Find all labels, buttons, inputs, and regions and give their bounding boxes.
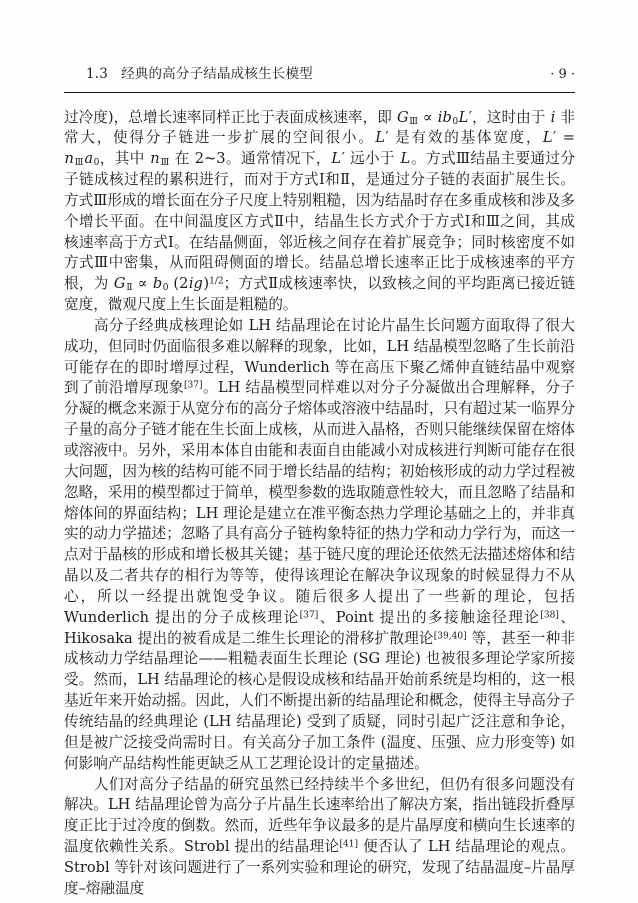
page-header: 1.3经典的高分子结晶成核生长模型 · 9 · <box>64 0 575 93</box>
section-title: 经典的高分子结晶成核生长模型 <box>121 66 313 82</box>
text-run: 在 2~3。通常情况下， <box>170 150 331 167</box>
math-variable: L <box>458 109 469 126</box>
text-run: ，这时由于 <box>472 109 550 126</box>
citation-ref: [37] <box>300 610 319 620</box>
citation-ref: [38] <box>540 610 559 620</box>
text-run: 。方式Ⅲ结晶主要通过分子链成核过程的累积进行，而对于方式Ⅰ和Ⅱ，是通过分子链的表… <box>64 150 575 292</box>
math-subscript: Ⅲ <box>409 116 418 126</box>
math-variable: L <box>375 129 386 146</box>
text-run: 是有效的基体宽度， <box>389 129 543 146</box>
text-run: = <box>556 129 575 146</box>
citation-ref: [39,40] <box>434 631 467 641</box>
text-run: ∝ <box>418 109 437 126</box>
math-variable: n <box>150 150 160 167</box>
math-variable: G <box>397 109 410 126</box>
paragraph: 高分子经典成核理论如 LH 结晶理论在讨论片晶生长问题方面取得了很大成功，但同时… <box>64 316 575 775</box>
text-run: 远小于 <box>345 150 400 167</box>
math-subscript: Ⅲ <box>160 158 170 168</box>
text-run: 等，甚至一种非成核动力学结晶理论——粗糙表面生长理论 (SG 理论) 也被很多理… <box>64 630 575 772</box>
text-run: 。LH 结晶模型同样难以对分子分凝做出合理解释，分子分凝的概念来源于从宽分布的高… <box>64 379 575 625</box>
math-variable: G <box>113 275 126 292</box>
text-run: 、Point 提出的多接触途径理论 <box>318 609 540 626</box>
math-variable: L <box>400 150 411 167</box>
math-subscript: Ⅱ <box>126 283 133 293</box>
book-page: 1.3经典的高分子结晶成核生长模型 · 9 · 过冷度)，总增长速率同样正比于表… <box>0 0 638 903</box>
running-head: 1.3经典的高分子结晶成核生长模型 <box>86 68 313 82</box>
math-variable: L <box>331 150 342 167</box>
text-run: 过冷度)，总增长速率同样正比于表面成核速率，即 <box>64 109 397 126</box>
page-number: · 9 · <box>550 68 575 81</box>
text-run: ，其中 <box>99 150 149 167</box>
paragraph: 人们对高分子结晶的研究虽然已经持续半个多世纪，但仍有很多问题没有解决。LH 结晶… <box>64 775 575 900</box>
text-run: ∝ <box>133 275 153 292</box>
math-variable: ib <box>437 109 452 126</box>
math-variable: n <box>64 150 74 167</box>
text-run: (2 <box>169 275 189 292</box>
math-superscript: 1/2 <box>209 277 224 287</box>
citation-ref: [41] <box>339 840 358 850</box>
math-variable: L <box>542 129 553 146</box>
section-number: 1.3 <box>86 66 108 82</box>
page-body: 过冷度)，总增长速率同样正比于表面成核速率，即 GⅢ ∝ ib0L′，这时由于 … <box>64 108 575 900</box>
citation-ref: [37] <box>184 381 203 391</box>
paragraph: 过冷度)，总增长速率同样正比于表面成核速率，即 GⅢ ∝ ib0L′，这时由于 … <box>64 108 575 316</box>
math-variable: a <box>84 150 94 167</box>
math-variable: ig <box>188 275 203 292</box>
math-variable: b <box>152 275 162 292</box>
math-subscript: Ⅲ <box>74 158 84 168</box>
